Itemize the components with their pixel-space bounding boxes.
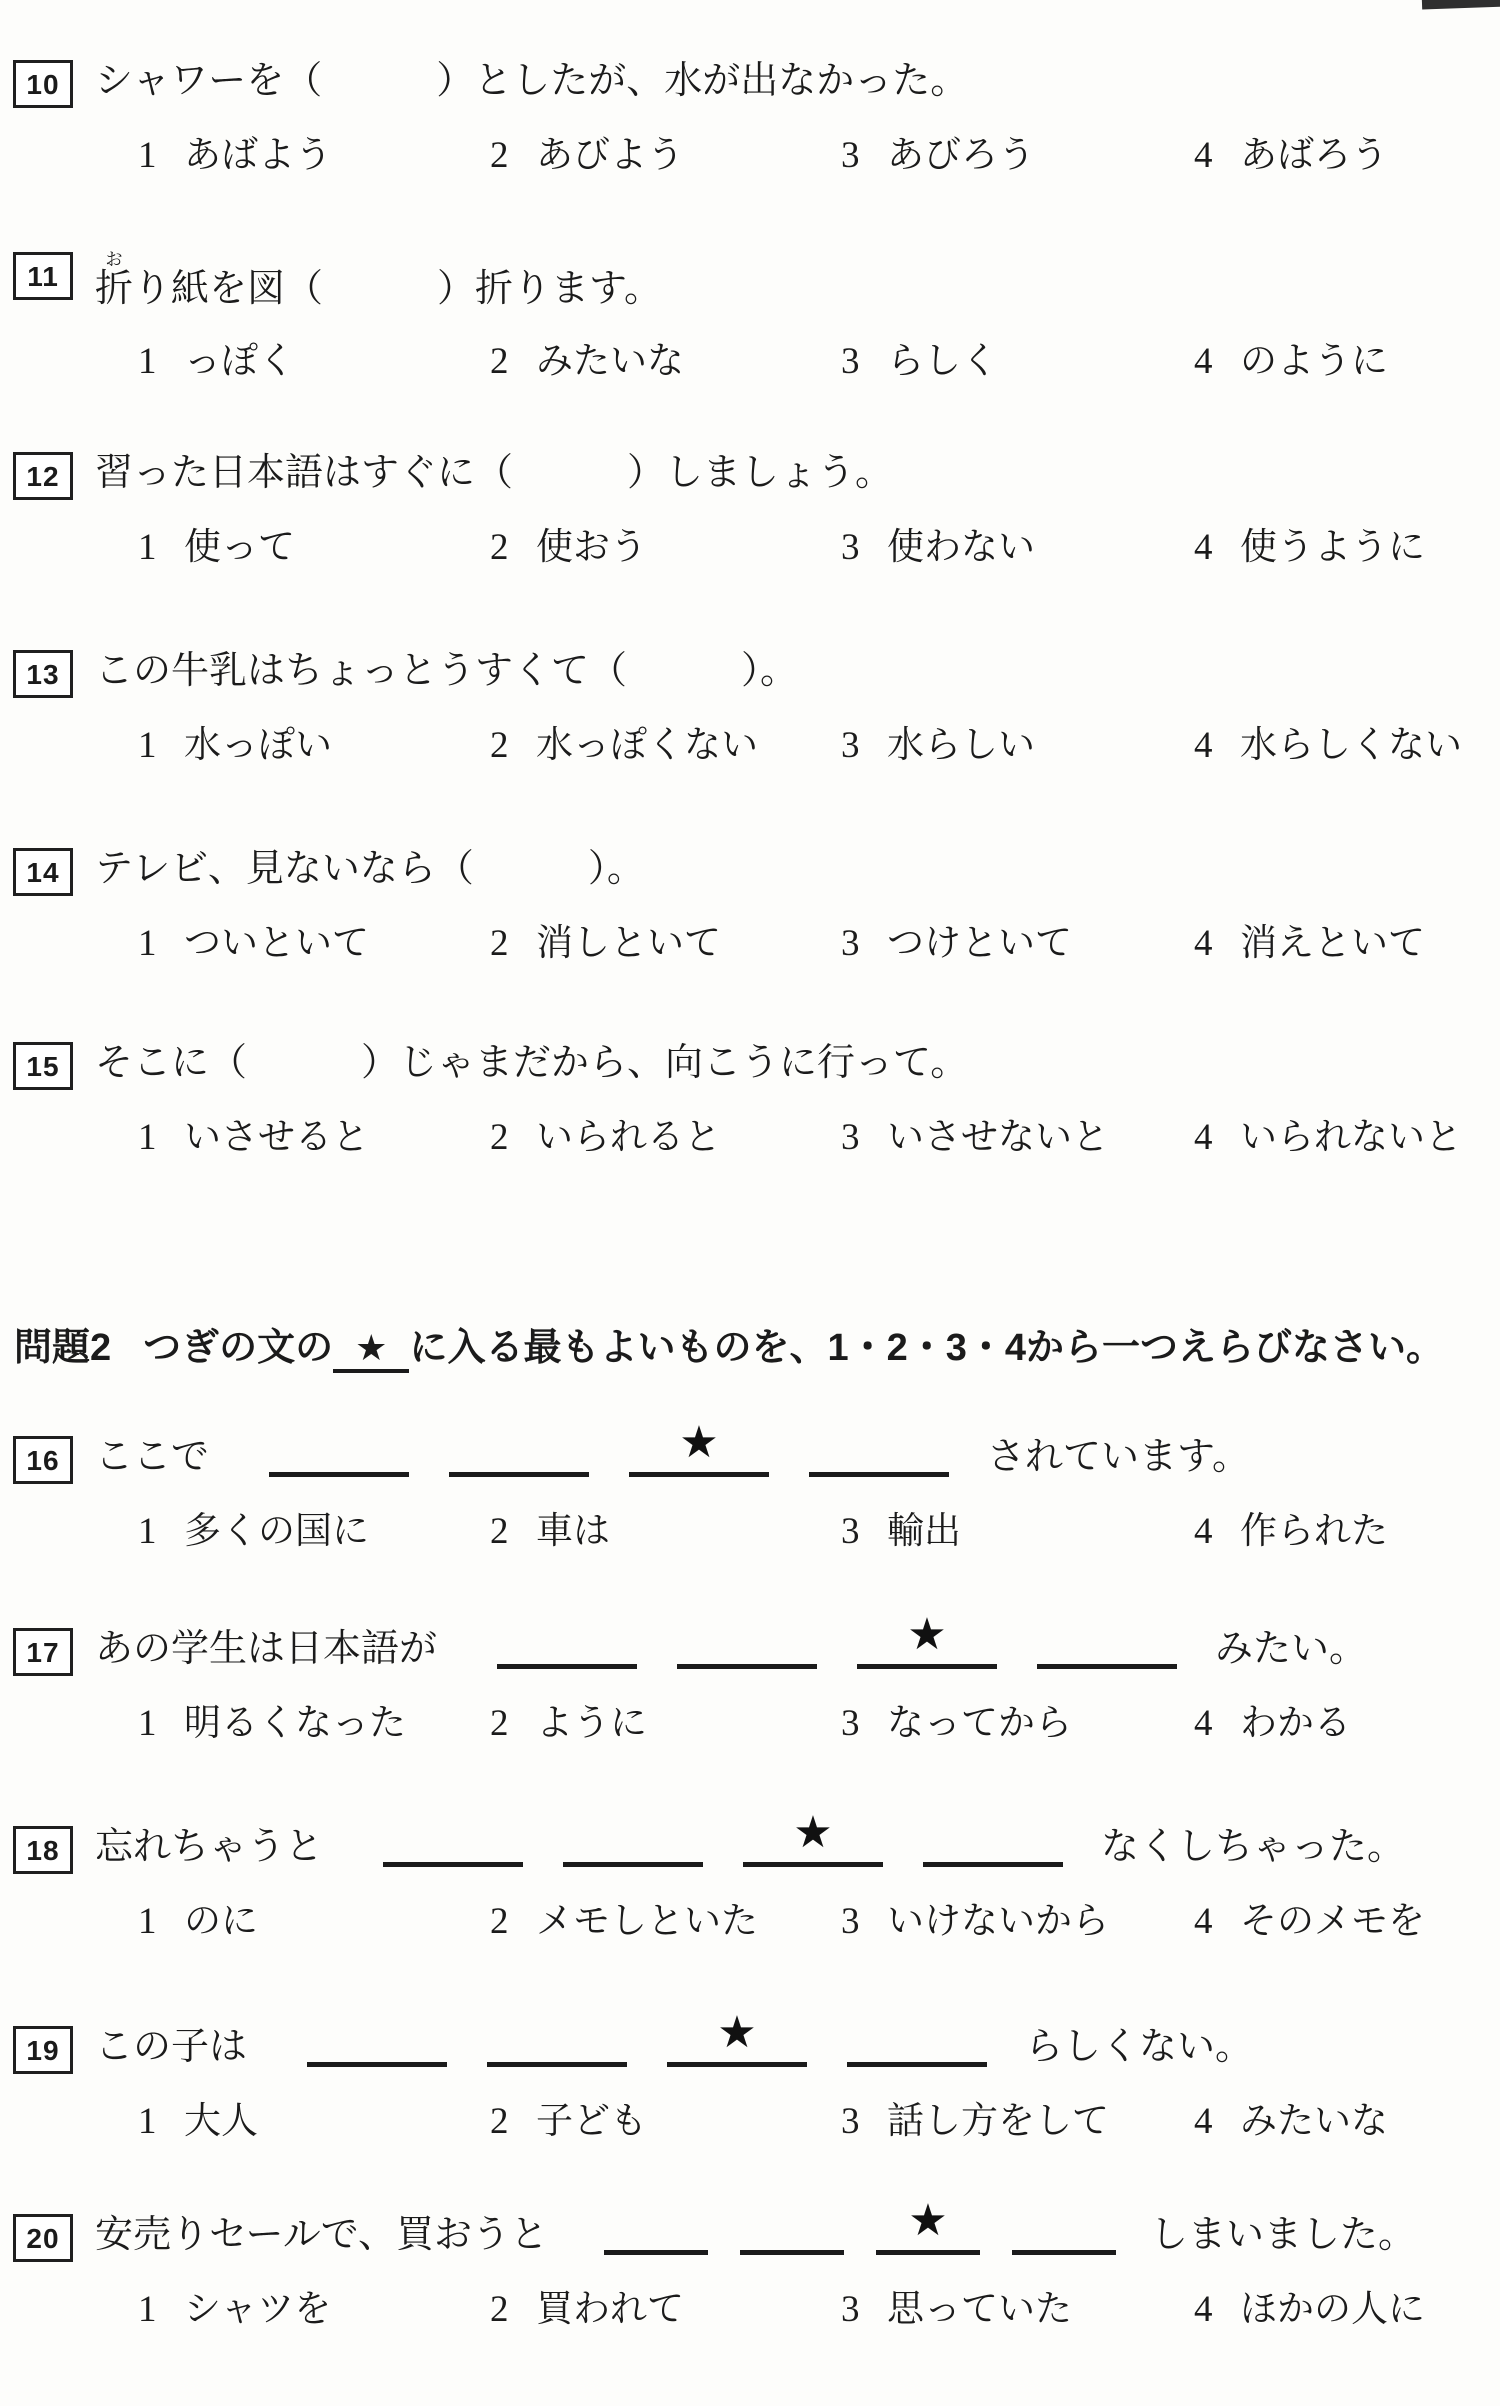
option-number: 1 — [138, 2100, 162, 2144]
question-11: 11 折おり紙を図（ ）折ります。 1っぽく 2みたいな 3らしく 4のように — [0, 250, 1500, 384]
option-3: 3水らしい — [841, 724, 1194, 768]
option-4: 4ほかの人に — [1194, 2288, 1500, 2332]
question-line: 18 忘れちゃうと ★ なくしちゃった。 — [0, 1824, 1500, 1874]
option-4: 4あばろう — [1194, 134, 1500, 178]
option-number: 2 — [490, 134, 514, 178]
option-4: 4使うように — [1194, 526, 1500, 570]
question-text: 習った日本語はすぐに（ ）しましょう。 — [95, 450, 893, 498]
option-number: 3 — [841, 2288, 865, 2332]
scan-edge-artifact — [1422, 0, 1500, 9]
option-number: 2 — [490, 2288, 514, 2332]
option-label: 消えといて — [1240, 923, 1425, 964]
question-text-rest: り紙を図（ ）折ります。 — [133, 268, 662, 310]
question-number: 12 — [13, 452, 73, 500]
option-4: 4わかる — [1194, 1702, 1500, 1746]
answer-blank-1 — [383, 1852, 523, 1867]
answer-blank-1 — [307, 2052, 447, 2067]
option-number: 2 — [490, 526, 514, 570]
option-number: 2 — [490, 1510, 514, 1554]
option-4: 4水らしくない — [1194, 724, 1500, 768]
option-label: ついといて — [184, 923, 369, 964]
option-1: 1大人 — [138, 2100, 490, 2144]
option-number: 2 — [490, 1702, 514, 1746]
option-number: 1 — [138, 922, 162, 966]
option-number: 1 — [138, 526, 162, 570]
sentence-prefix: 安売りセールで、買おうと — [95, 2212, 548, 2260]
option-label: いられないと — [1240, 1117, 1462, 1158]
answer-blank-4 — [809, 1462, 949, 1477]
question-line: 20 安売りセールで、買おうと ★ しまいました。 — [0, 2212, 1500, 2262]
option-number: 4 — [1194, 526, 1218, 570]
option-number: 2 — [490, 724, 514, 768]
option-1: 1ついといて — [138, 922, 490, 966]
option-number: 3 — [841, 526, 865, 570]
option-4: 4作られた — [1194, 1510, 1500, 1554]
option-label: 水らしくない — [1240, 725, 1462, 766]
answer-blank-2 — [449, 1462, 589, 1477]
option-label: 思っていた — [887, 2289, 1072, 2330]
option-label: のように — [1240, 341, 1388, 382]
option-label: のに — [184, 1901, 258, 1942]
question-18: 18 忘れちゃうと ★ なくしちゃった。 1のに 2メモしといた 3いけないから… — [0, 1824, 1500, 1944]
option-label: あばよう — [184, 135, 332, 176]
option-number: 3 — [841, 922, 865, 966]
option-number: 4 — [1194, 2100, 1218, 2144]
option-3: 3思っていた — [841, 2288, 1194, 2332]
question-14: 14 テレビ、見ないなら（ ）。 1ついといて 2消しといて 3つけといて 4消… — [0, 846, 1500, 966]
option-number: 1 — [138, 1900, 162, 1944]
option-label: 使わない — [887, 527, 1035, 568]
option-3: 3話し方をして — [841, 2100, 1194, 2144]
options-row: 1シャツを 2買われて 3思っていた 4ほかの人に — [138, 2288, 1500, 2332]
question-line: 11 折おり紙を図（ ）折ります。 — [0, 250, 1500, 314]
options-row: 1っぽく 2みたいな 3らしく 4のように — [138, 340, 1500, 384]
answer-blank-3-star: ★ — [629, 1462, 769, 1477]
section-2-header: 問題2 つぎの文の ★ に入る最もよいものを、1・2・3・4から一つえらびなさい… — [14, 1324, 1444, 1373]
option-number: 4 — [1194, 134, 1218, 178]
options-row: 1ついといて 2消しといて 3つけといて 4消えといて — [138, 922, 1500, 966]
option-label: わかる — [1240, 1703, 1351, 1744]
option-number: 3 — [841, 340, 865, 384]
option-3: 3あびろう — [841, 134, 1194, 178]
option-number: 4 — [1194, 724, 1218, 768]
option-3: 3使わない — [841, 526, 1194, 570]
option-1: 1明るくなった — [138, 1702, 490, 1746]
answer-blank-4 — [923, 1852, 1063, 1867]
question-text: ここで ★ されています。 — [95, 1434, 1500, 1482]
question-text: シャワーを（ ）としたが、水が出なかった。 — [95, 58, 968, 106]
option-2: 2あびよう — [490, 134, 841, 178]
option-number: 1 — [138, 134, 162, 178]
sentence-suffix: らしくない。 — [1025, 2024, 1253, 2072]
question-line: 10 シャワーを（ ）としたが、水が出なかった。 — [0, 58, 1500, 108]
question-number: 16 — [13, 1436, 73, 1484]
option-2: 2買われて — [490, 2288, 841, 2332]
question-13: 13 この牛乳はちょっとうすくて（ ）。 1水っぽい 2水っぽくない 3水らしい… — [0, 648, 1500, 768]
option-label: 子ども — [536, 2101, 647, 2142]
question-text: この牛乳はちょっとうすくて（ ）。 — [95, 648, 798, 696]
question-number: 19 — [13, 2026, 73, 2074]
option-4: 4のように — [1194, 340, 1500, 384]
options-row: 1いさせると 2いられると 3いさせないと 4いられないと — [138, 1116, 1500, 1160]
star-icon: ★ — [679, 1421, 718, 1465]
option-number: 2 — [490, 340, 514, 384]
option-3: 3なってから — [841, 1702, 1194, 1746]
option-1: 1水っぽい — [138, 724, 490, 768]
option-3: 3いけないから — [841, 1900, 1194, 1944]
option-2: 2みたいな — [490, 340, 841, 384]
test-page: 10 シャワーを（ ）としたが、水が出なかった。 1あばよう 2あびよう 3あび… — [0, 0, 1500, 2406]
option-label: 水っぽくない — [536, 725, 758, 766]
option-number: 4 — [1194, 1702, 1218, 1746]
star-icon: ★ — [717, 2011, 756, 2055]
option-label: いさせないと — [887, 1117, 1109, 1158]
option-4: 4みたいな — [1194, 2100, 1500, 2144]
answer-blank-3-star: ★ — [743, 1852, 883, 1867]
options-row: 1明るくなった 2ように 3なってから 4わかる — [138, 1702, 1500, 1746]
answer-blank-4 — [1012, 2240, 1116, 2255]
option-label: いさせると — [184, 1117, 369, 1158]
star-icon: ★ — [907, 1613, 946, 1657]
question-text: 忘れちゃうと ★ なくしちゃった。 — [95, 1824, 1500, 1872]
option-label: 車は — [536, 1511, 610, 1552]
option-3: 3つけといて — [841, 922, 1194, 966]
option-1: 1多くの国に — [138, 1510, 490, 1554]
question-text: そこに（ ）じゃまだから、向こうに行って。 — [95, 1040, 968, 1088]
question-19: 19 この子は ★ らしくない。 1大人 2子ども 3話し方をして 4みたいな — [0, 2024, 1500, 2144]
answer-blank-3-star: ★ — [857, 1654, 997, 1669]
option-label: みたいな — [536, 341, 684, 382]
answer-blank-1 — [497, 1654, 637, 1669]
option-number: 2 — [490, 1900, 514, 1944]
answer-blank-3-star: ★ — [667, 2052, 807, 2067]
option-4: 4そのメモを — [1194, 1900, 1500, 1944]
option-number: 3 — [841, 1116, 865, 1160]
option-label: つけといて — [887, 923, 1072, 964]
option-2: 2メモしといた — [490, 1900, 841, 1944]
option-label: みたいな — [1240, 2101, 1388, 2142]
question-number: 15 — [13, 1042, 73, 1090]
options-row: 1水っぽい 2水っぽくない 3水らしい 4水らしくない — [138, 724, 1500, 768]
option-number: 3 — [841, 1702, 865, 1746]
option-label: いられると — [536, 1117, 721, 1158]
option-number: 2 — [490, 1116, 514, 1160]
option-label: ように — [536, 1703, 647, 1744]
answer-blank-1 — [269, 1462, 409, 1477]
sentence-prefix: ここで — [95, 1434, 209, 1482]
ruby-base: 折 — [95, 268, 133, 310]
question-text: 安売りセールで、買おうと ★ しまいました。 — [95, 2212, 1500, 2260]
option-label: あびよう — [536, 135, 684, 176]
option-2: 2使おう — [490, 526, 841, 570]
instruction-after-star: に入る最もよいものを、1・2・3・4から一つえらびなさい。 — [409, 1324, 1444, 1373]
option-number: 4 — [1194, 1116, 1218, 1160]
sentence-prefix: この子は — [95, 2024, 247, 2072]
option-number: 4 — [1194, 1900, 1218, 1944]
option-number: 1 — [138, 1702, 162, 1746]
options-row: 1のに 2メモしといた 3いけないから 4そのメモを — [138, 1900, 1500, 1944]
option-2: 2消しといて — [490, 922, 841, 966]
question-text: この子は ★ らしくない。 — [95, 2024, 1500, 2072]
option-label: 買われて — [536, 2289, 684, 2330]
option-label: 使うように — [1240, 527, 1425, 568]
answer-blank-2 — [677, 1654, 817, 1669]
option-1: 1っぽく — [138, 340, 490, 384]
option-number: 4 — [1194, 1510, 1218, 1554]
option-number: 1 — [138, 2288, 162, 2332]
question-line: 13 この牛乳はちょっとうすくて（ ）。 — [0, 648, 1500, 698]
option-3: 3らしく — [841, 340, 1194, 384]
answer-blank-4 — [1037, 1654, 1177, 1669]
option-number: 4 — [1194, 2288, 1218, 2332]
question-16: 16 ここで ★ されています。 1多くの国に 2車は 3輸出 4作られた — [0, 1434, 1500, 1554]
option-3: 3輸出 — [841, 1510, 1194, 1554]
sentence-prefix: あの学生は日本語が — [95, 1626, 437, 1674]
question-number: 17 — [13, 1628, 73, 1676]
option-2: 2いられると — [490, 1116, 841, 1160]
question-line: 14 テレビ、見ないなら（ ）。 — [0, 846, 1500, 896]
option-number: 1 — [138, 1510, 162, 1554]
question-number: 11 — [13, 252, 73, 300]
option-number: 3 — [841, 134, 865, 178]
sentence-prefix: 忘れちゃうと — [95, 1824, 323, 1872]
option-number: 1 — [138, 724, 162, 768]
answer-blank-1 — [604, 2240, 708, 2255]
sentence-suffix: しまいました。 — [1150, 2212, 1416, 2260]
question-17: 17 あの学生は日本語が ★ みたい。 1明るくなった 2ように 3なってから … — [0, 1626, 1500, 1746]
option-number: 1 — [138, 1116, 162, 1160]
option-number: 3 — [841, 1900, 865, 1944]
option-number: 3 — [841, 724, 865, 768]
question-number: 18 — [13, 1826, 73, 1874]
option-4: 4いられないと — [1194, 1116, 1500, 1160]
question-number: 14 — [13, 848, 73, 896]
sentence-suffix: みたい。 — [1215, 1626, 1367, 1674]
option-1: 1使って — [138, 526, 490, 570]
section-label: 問題2 — [14, 1324, 111, 1373]
option-number: 4 — [1194, 922, 1218, 966]
option-label: 水っぽい — [184, 725, 332, 766]
option-label: あばろう — [1240, 135, 1388, 176]
option-number: 2 — [490, 922, 514, 966]
option-1: 1シャツを — [138, 2288, 490, 2332]
question-line: 12 習った日本語はすぐに（ ）しましょう。 — [0, 450, 1500, 500]
option-label: 使おう — [536, 527, 647, 568]
answer-blank-2 — [740, 2240, 844, 2255]
option-label: ほかの人に — [1240, 2289, 1425, 2330]
question-number: 10 — [13, 60, 73, 108]
option-label: そのメモを — [1240, 1901, 1425, 1942]
question-number: 13 — [13, 650, 73, 698]
question-12: 12 習った日本語はすぐに（ ）しましょう。 1使って 2使おう 3使わない 4… — [0, 450, 1500, 570]
options-row: 1あばよう 2あびよう 3あびろう 4あばろう — [138, 134, 1500, 178]
option-label: シャツを — [184, 2289, 331, 2330]
sentence-suffix: されています。 — [987, 1434, 1250, 1482]
option-label: らしく — [887, 341, 998, 382]
option-1: 1いさせると — [138, 1116, 490, 1160]
question-line: 15 そこに（ ）じゃまだから、向こうに行って。 — [0, 1040, 1500, 1090]
question-10: 10 シャワーを（ ）としたが、水が出なかった。 1あばよう 2あびよう 3あび… — [0, 58, 1500, 178]
option-number: 3 — [841, 1510, 865, 1554]
question-20: 20 安売りセールで、買おうと ★ しまいました。 1シャツを 2買われて 3思… — [0, 2212, 1500, 2332]
question-line: 19 この子は ★ らしくない。 — [0, 2024, 1500, 2074]
option-label: 輸出 — [887, 1511, 961, 1552]
option-2: 2ように — [490, 1702, 841, 1746]
ruby-furigana: お — [95, 250, 133, 269]
option-number: 1 — [138, 340, 162, 384]
option-label: あびろう — [887, 135, 1035, 176]
options-row: 1多くの国に 2車は 3輸出 4作られた — [138, 1510, 1500, 1554]
options-row: 1使って 2使おう 3使わない 4使うように — [138, 526, 1500, 570]
option-label: っぽく — [184, 341, 295, 382]
answer-blank-4 — [847, 2052, 987, 2067]
option-label: 使って — [184, 527, 295, 568]
question-number: 20 — [13, 2214, 73, 2262]
instruction-before-star: つぎの文の — [143, 1324, 333, 1373]
star-icon: ★ — [333, 1331, 409, 1373]
option-label: 作られた — [1240, 1511, 1388, 1552]
option-number: 4 — [1194, 340, 1218, 384]
answer-blank-3-star: ★ — [876, 2240, 980, 2255]
option-label: いけないから — [887, 1901, 1109, 1942]
question-text: 折おり紙を図（ ）折ります。 — [95, 250, 662, 314]
option-1: 1のに — [138, 1900, 490, 1944]
option-label: 大人 — [184, 2101, 258, 2142]
option-label: なってから — [887, 1703, 1072, 1744]
options-row: 1大人 2子ども 3話し方をして 4みたいな — [138, 2100, 1500, 2144]
option-label: 消しといて — [536, 923, 721, 964]
option-2: 2車は — [490, 1510, 841, 1554]
question-text: テレビ、見ないなら（ ）。 — [95, 846, 645, 894]
option-label: 話し方をして — [887, 2101, 1109, 2142]
option-4: 4消えといて — [1194, 922, 1500, 966]
option-2: 2子ども — [490, 2100, 841, 2144]
answer-blank-2 — [563, 1852, 703, 1867]
star-icon: ★ — [908, 2199, 947, 2243]
ruby-annotation: 折お — [95, 268, 133, 310]
sentence-suffix: なくしちゃった。 — [1101, 1824, 1405, 1872]
option-3: 3いさせないと — [841, 1116, 1194, 1160]
option-number: 3 — [841, 2100, 865, 2144]
option-label: 多くの国に — [184, 1511, 369, 1552]
option-2: 2水っぽくない — [490, 724, 841, 768]
option-1: 1あばよう — [138, 134, 490, 178]
option-label: 明るくなった — [184, 1703, 406, 1744]
question-text: あの学生は日本語が ★ みたい。 — [95, 1626, 1500, 1674]
question-line: 16 ここで ★ されています。 — [0, 1434, 1500, 1484]
star-icon: ★ — [793, 1811, 832, 1855]
option-label: メモしといた — [536, 1901, 758, 1942]
question-line: 17 あの学生は日本語が ★ みたい。 — [0, 1626, 1500, 1676]
question-15: 15 そこに（ ）じゃまだから、向こうに行って。 1いさせると 2いられると 3… — [0, 1040, 1500, 1160]
option-number: 2 — [490, 2100, 514, 2144]
option-label: 水らしい — [887, 725, 1035, 766]
answer-blank-2 — [487, 2052, 627, 2067]
